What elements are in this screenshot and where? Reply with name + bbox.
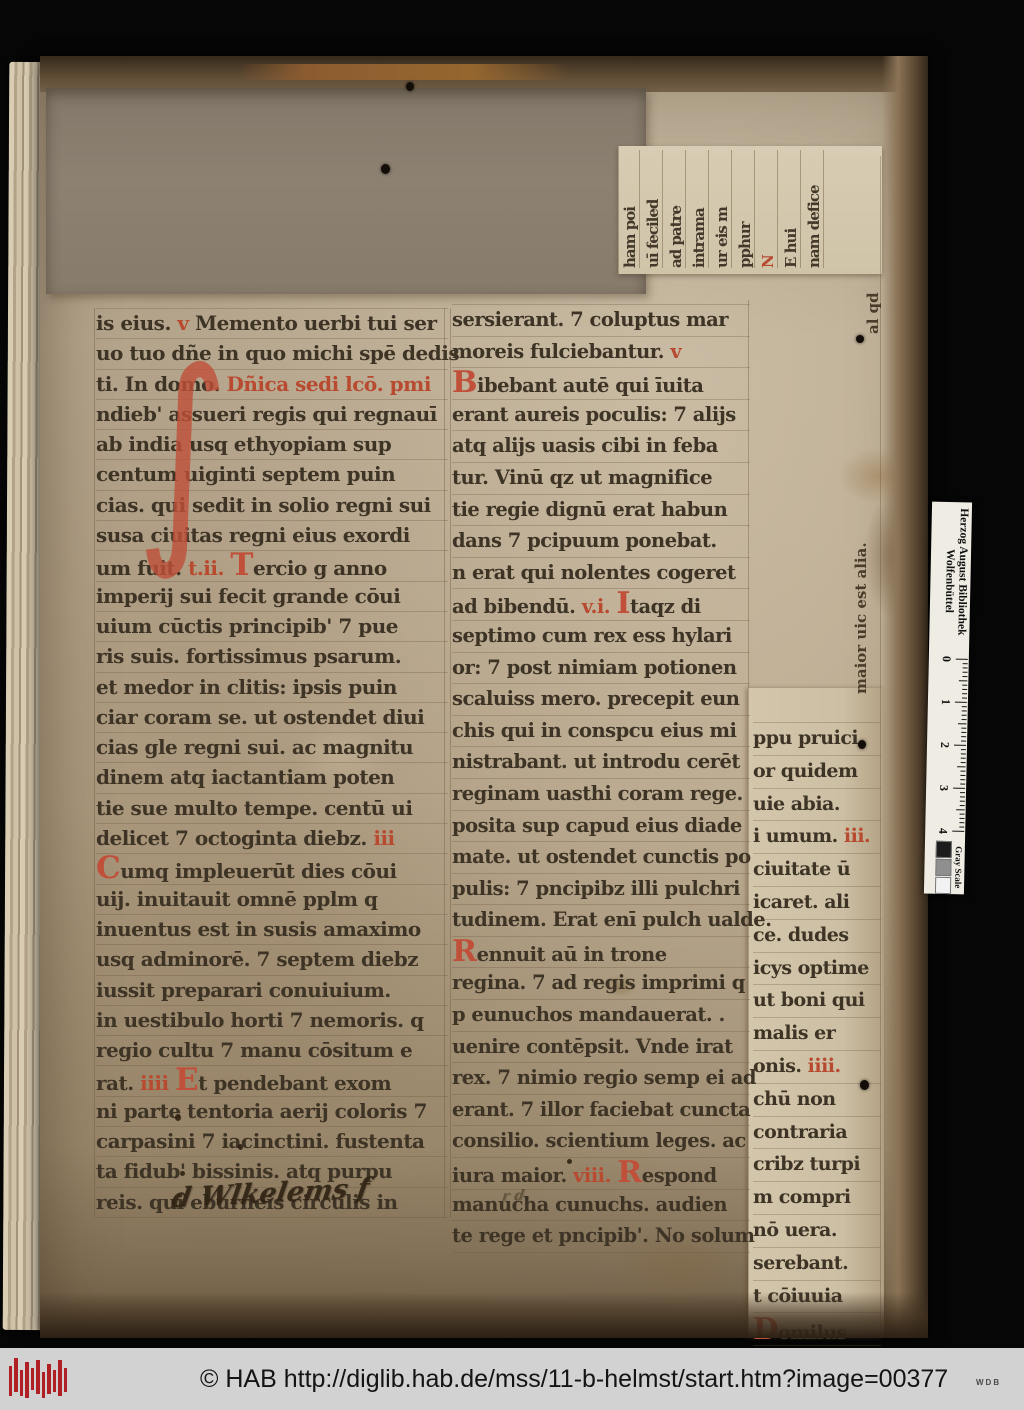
rubric-text: iii — [373, 826, 394, 850]
manuscript-text-line: rex. 7 nimio regio semp ei ad — [452, 1063, 750, 1095]
manuscript-text: septimo cum rex ess hylari — [452, 624, 732, 647]
manuscript-text: i umum. — [753, 825, 844, 847]
rubric-text: iii. — [844, 825, 870, 847]
manuscript-text-line: mate. ut ostendet cunctis po — [452, 842, 750, 874]
manuscript-text: cias gle regni sui. ac magnitu — [96, 735, 413, 759]
rotated-text-fragment: ur eis m — [713, 150, 732, 268]
ink-spot — [175, 1114, 181, 1121]
manuscript-text: p eunuchos mandauerat. . — [452, 1003, 725, 1026]
manuscript-text: umq impleuerūt dies cōui — [120, 859, 396, 883]
manuscript-text: te rege et pncipib'. No solum — [452, 1224, 755, 1247]
footer-bar: © HAB http://diglib.hab.de/mss/11-b-helm… — [0, 1348, 1024, 1410]
manuscript-text: or: 7 post nimiam potionen — [452, 656, 737, 679]
manuscript-text: Memento uerbi tui ser — [195, 311, 437, 335]
manuscript-text: chis qui in conspcu eius mi — [452, 719, 736, 742]
watermark-code: WDB — [976, 1378, 1001, 1387]
manuscript-text-line: tie sue multo tempe. centū ui — [96, 794, 448, 824]
rotated-text-fragment: ham poi — [621, 150, 640, 268]
manuscript-text-line: reginam uasthi coram rege. — [452, 779, 750, 811]
manuscript-text-line: icys optime — [753, 953, 881, 986]
ruler-number: 3 — [936, 785, 951, 791]
manuscript-text-line: contraria — [753, 1117, 881, 1150]
manuscript-text-line: iussit preparari conuiuium. — [96, 976, 448, 1006]
grayscale-squares — [935, 840, 952, 894]
rubric-text: I — [616, 586, 630, 621]
rubric-text: T — [230, 547, 253, 583]
manuscript-text: erant. 7 illor faciebat cuncta — [452, 1098, 750, 1121]
manuscript-text-line: te rege et pncipib'. No solum — [452, 1221, 750, 1253]
manuscript-text-line: Bibebant autē qui īuita — [452, 368, 750, 400]
manuscript-text: manucha cunuchs. audien — [452, 1193, 727, 1216]
manuscript-text-line: n erat qui nolentes cogeret — [452, 558, 750, 590]
rubric-text: R — [617, 1155, 642, 1190]
manuscript-text-line: septimo cum rex ess hylari — [452, 621, 750, 653]
rubric-text: B — [452, 365, 477, 400]
margin-vertical-text-top: al qd — [864, 274, 882, 334]
manuscript-text: inuentus est in susis amaximo — [96, 917, 421, 941]
manuscript-text: posita sup capud eius diade — [452, 814, 742, 837]
ink-spot — [567, 1159, 572, 1164]
manuscript-text: icys optime — [753, 957, 869, 979]
manuscript-text-line: or quidem — [753, 756, 881, 789]
ruler-number: 0 — [939, 656, 954, 662]
manuscript-text: nistrabant. ut introdu cerēt — [452, 750, 740, 773]
manuscript-text-line: atq alijs uasis cibi in feba — [452, 431, 750, 463]
manuscript-text-line: cias gle regni sui. ac magnitu — [96, 733, 448, 763]
rubric-text: iiii. — [808, 1055, 841, 1077]
rubric-text: iiii — [140, 1071, 175, 1095]
text-column-right: ppu pruicior quidemuie abia.i umum. iii.… — [753, 722, 881, 1346]
manuscript-text: in uestibulo horti 7 nemoris. q — [96, 1008, 424, 1032]
grayscale-square — [936, 840, 952, 857]
manuscript-text-line: manucha cunuchs. audien — [452, 1190, 750, 1222]
ruler-number: 1 — [938, 699, 953, 705]
manuscript-text: ad bibendū. — [452, 595, 582, 618]
manuscript-text: ercio g anno — [253, 556, 387, 580]
manuscript-text: consilio. scientium leges. ac — [452, 1129, 746, 1152]
manuscript-text-line: onis. iiii. — [753, 1051, 881, 1084]
manuscript-text-line: ciuitate ū — [753, 854, 881, 887]
manuscript-text-line: consilio. scientium leges. ac — [452, 1126, 750, 1158]
rubric-text: v.i. — [582, 595, 617, 618]
manuscript-text: m compri — [753, 1186, 851, 1208]
grayscale-square — [935, 858, 951, 875]
manuscript-text: regio cultu 7 manu cōsitum e — [96, 1038, 412, 1062]
manuscript-text: ennuit aū in trone — [477, 943, 667, 966]
manuscript-text-line: malis er — [753, 1018, 881, 1051]
manuscript-text-line: rat. iiii Et pendebant exom — [96, 1066, 448, 1096]
binding-right-edge — [882, 56, 928, 1338]
worm-hole — [860, 1080, 869, 1090]
manuscript-text: espond — [642, 1164, 717, 1187]
rotated-text-fragment: nam defice — [805, 150, 824, 268]
manuscript-text-line: ni parte tentoria aerij coloris 7 — [96, 1097, 448, 1127]
manuscript-text: usq adminorē. 7 septem diebz — [96, 947, 418, 971]
ink-spot — [238, 1144, 243, 1150]
rubric-text: E — [175, 1062, 198, 1098]
manuscript-text: t pendebant exom — [198, 1071, 391, 1095]
rotated-text-fragment: pphur — [736, 150, 755, 268]
manuscript-text-line: ce. dudes — [753, 920, 881, 953]
manuscript-text: tur. Vinū qz ut magnifice — [452, 466, 712, 489]
ruler-number: 2 — [937, 742, 952, 748]
manuscript-text-line: uenire contēpsit. Vnde irat — [452, 1032, 750, 1064]
manuscript-text-line: dans 7 pcipuum ponebat. — [452, 526, 750, 558]
manuscript-text-line: inuentus est in susis amaximo — [96, 915, 448, 945]
ruling-vertical-line — [94, 308, 95, 1218]
rubric-text: viii. — [573, 1164, 617, 1187]
manuscript-text-line: usq adminorē. 7 septem diebz — [96, 945, 448, 975]
manuscript-text-line: carpasini 7 iacinctini. fustenta — [96, 1127, 448, 1157]
manuscript-page: ham poiuī feciledad patreintramaur eis m… — [40, 56, 928, 1338]
manuscript-text: sersierant. 7 coluptus mar — [452, 308, 728, 331]
rotated-text-fragment: uī feciled — [644, 150, 663, 268]
manuscript-text: or quidem — [753, 760, 858, 782]
ruler-strip: Herzog August Bibliothek Wolfenbüttel 01… — [924, 502, 972, 895]
copyright-url: © HAB http://diglib.hab.de/mss/11-b-helm… — [200, 1348, 948, 1410]
manuscript-text: scaluiss mero. precepit eun — [452, 687, 739, 710]
ruler-number: 4 — [935, 828, 950, 834]
manuscript-text: reginam uasthi coram rege. — [452, 782, 743, 805]
manuscript-text-line: sersierant. 7 coluptus mar — [452, 305, 750, 337]
rotated-text-fragment: N — [759, 150, 778, 268]
manuscript-text-line: tie regie dignū erat habun — [452, 495, 750, 527]
manuscript-text-line: Rennuit aū in trone — [452, 937, 750, 969]
manuscript-text: carpasini 7 iacinctini. fustenta — [96, 1129, 425, 1153]
worm-hole — [381, 164, 390, 174]
manuscript-text: taqz di — [630, 595, 701, 618]
manuscript-text: pulis: 7 pncipibz illi pulchri — [452, 877, 740, 900]
binding-top-highlight — [240, 64, 570, 80]
manuscript-text-line: regio cultu 7 manu cōsitum e — [96, 1036, 448, 1066]
grayscale-label: Gray Scale — [953, 840, 964, 894]
rotated-text-fragment: intrama — [690, 150, 709, 268]
manuscript-text-line: nō uera. — [753, 1215, 881, 1248]
rotated-text-fragment: E hui — [782, 150, 801, 268]
manuscript-text-line: imperij sui fecit grande cōui — [96, 582, 448, 612]
worm-hole — [856, 335, 864, 343]
manuscript-text-line: uie abia. — [753, 789, 881, 822]
manuscript-text: ce. dudes — [753, 924, 849, 946]
manuscript-text: tie sue multo tempe. centū ui — [96, 796, 412, 820]
manuscript-text-line: m compri — [753, 1182, 881, 1215]
manuscript-text: iussit preparari conuiuium. — [96, 978, 391, 1002]
ruler-ticks: 01234 — [925, 654, 969, 841]
manuscript-text: iura maior. — [452, 1164, 573, 1187]
manuscript-text-line: iura maior. viii. Respond — [452, 1158, 750, 1190]
rubric-text: R — [452, 934, 477, 969]
manuscript-text: onis. — [753, 1055, 808, 1077]
digitized-manuscript-viewer: ham poiuī feciledad patreintramaur eis m… — [0, 0, 1024, 1410]
manuscript-text: uenire contēpsit. Vnde irat — [452, 1035, 733, 1058]
manuscript-text: dinem atq iactantiam poten — [96, 765, 394, 789]
ink-spot — [180, 1171, 185, 1176]
manuscript-text: tudinem. Erat enī pulch ualde. — [452, 908, 771, 931]
manuscript-text: cribz turpi — [753, 1153, 860, 1175]
manuscript-text: dans 7 pcipuum ponebat. — [452, 529, 717, 552]
manuscript-text-line: nistrabant. ut introdu cerēt — [452, 747, 750, 779]
manuscript-text-line: regina. 7 ad regis imprimi q — [452, 968, 750, 1000]
color-scale-ruler: Herzog August Bibliothek Wolfenbüttel 01… — [924, 502, 972, 895]
worm-hole — [406, 82, 414, 91]
manuscript-text: regina. 7 ad regis imprimi q — [452, 971, 745, 994]
grayscale-patch: Gray Scale — [924, 840, 965, 895]
manuscript-text-line: et medor in clitis: ipsis puin — [96, 673, 448, 703]
red-initial-I: ∫ — [136, 342, 230, 567]
manuscript-text: uij. inuitauit omnē pplm q — [96, 887, 378, 911]
manuscript-text: uium cūctis principib' 7 pue — [96, 614, 398, 638]
manuscript-text: mate. ut ostendet cunctis po — [452, 845, 751, 868]
ruling-vertical-line — [748, 300, 749, 1338]
manuscript-text-line: ris suis. fortissimus psarum. — [96, 642, 448, 672]
manuscript-text-line: chis qui in conspcu eius mi — [452, 716, 750, 748]
manuscript-text-line: ciar coram se. ut ostendet diui — [96, 703, 448, 733]
manuscript-text: icaret. ali — [753, 891, 849, 913]
manuscript-text: moreis fulciebantur. — [452, 340, 670, 363]
manuscript-text-line: ut boni qui — [753, 985, 881, 1018]
manuscript-text: malis er — [753, 1022, 835, 1044]
manuscript-text-line: cribz turpi — [753, 1149, 881, 1182]
manuscript-text: rex. 7 nimio regio semp ei ad — [452, 1066, 756, 1089]
manuscript-text: chū non — [753, 1088, 836, 1110]
manuscript-text-line: uium cūctis principib' 7 pue — [96, 612, 448, 642]
manuscript-text-line: i umum. iii. — [753, 821, 881, 854]
manuscript-text: ppu pruici — [753, 727, 858, 749]
manuscript-text: ciuitate ū — [753, 858, 850, 880]
manuscript-text: tie regie dignū erat habun — [452, 498, 727, 521]
manuscript-text-line: in uestibulo horti 7 nemoris. q — [96, 1006, 448, 1036]
rotated-text-fragment: ad patre — [667, 150, 686, 268]
cover-turn-in — [46, 88, 646, 294]
manuscript-text-line: ad bibendū. v.i. Itaqz di — [452, 589, 750, 621]
rubric-text: C — [96, 850, 120, 886]
manuscript-text-line: delicet 7 octoginta diebz. iii — [96, 824, 448, 854]
manuscript-text-line: or: 7 post nimiam potionen — [452, 653, 750, 685]
manuscript-text: et medor in clitis: ipsis puin — [96, 675, 397, 699]
rotated-fragment-strip: ham poiuī feciledad patreintramaur eis m… — [618, 146, 882, 274]
manuscript-text-line: moreis fulciebantur. v — [452, 337, 750, 369]
manuscript-text-line: uij. inuitauit omnē pplm q — [96, 885, 448, 915]
manuscript-text-line: pulis: 7 pncipibz illi pulchri — [452, 874, 750, 906]
manuscript-text-line: serebant. — [753, 1248, 881, 1281]
manuscript-text-line: tur. Vinū qz ut magnifice — [452, 463, 750, 495]
ruler-library-name: Herzog August Bibliothek Wolfenbüttel — [929, 502, 972, 655]
ruling-vertical-line — [450, 308, 451, 1218]
manuscript-text-line: p eunuchos mandauerat. . — [452, 1000, 750, 1032]
pen-trial-scribble-small: r d. — [501, 1187, 530, 1205]
binding-bottom-edge — [40, 1292, 928, 1338]
rubric-text: v — [670, 340, 681, 363]
manuscript-text-line: dinem atq iactantiam poten — [96, 763, 448, 793]
manuscript-text: uie abia. — [753, 793, 840, 815]
manuscript-text: ciar coram se. ut ostendet diui — [96, 705, 424, 729]
grayscale-square — [935, 876, 951, 893]
rubric-text: Dñica sedi lcō. pmi — [227, 372, 431, 396]
worm-hole — [858, 740, 866, 749]
hab-logo-icon — [8, 1354, 72, 1404]
manuscript-text: n erat qui nolentes cogeret — [452, 561, 736, 584]
margin-vertical-text: maior uic est alia. — [852, 444, 870, 694]
manuscript-text: rat. — [96, 1071, 140, 1095]
ruling-vertical-line — [444, 308, 445, 1218]
manuscript-text-line: erant. 7 illor faciebat cuncta — [452, 1095, 750, 1127]
manuscript-text: delicet 7 octoginta diebz. — [96, 826, 373, 850]
manuscript-text-line: tudinem. Erat enī pulch ualde. — [452, 905, 750, 937]
manuscript-text: imperij sui fecit grande cōui — [96, 584, 400, 608]
manuscript-text: erant aureis poculis: 7 alijs — [452, 403, 736, 426]
manuscript-text: ibebant autē qui īuita — [477, 374, 703, 397]
manuscript-text: contraria — [753, 1121, 847, 1143]
manuscript-text: ut boni qui — [753, 989, 865, 1011]
manuscript-text-line: Cumq impleuerūt dies cōui — [96, 854, 448, 884]
manuscript-text-line: posita sup capud eius diade — [452, 811, 750, 843]
manuscript-text-line: scaluiss mero. precepit eun — [452, 684, 750, 716]
manuscript-text: ris suis. fortissimus psarum. — [96, 644, 401, 668]
manuscript-text: atq alijs uasis cibi in feba — [452, 434, 718, 457]
manuscript-text: nō uera. — [753, 1219, 837, 1241]
text-column-middle: sersierant. 7 coluptus marmoreis fulcieb… — [452, 304, 750, 1253]
manuscript-text: ni parte tentoria aerij coloris 7 — [96, 1099, 427, 1123]
manuscript-text: serebant. — [753, 1252, 848, 1274]
ruler-library-name-line1: Herzog August Bibliothek — [954, 508, 970, 654]
manuscript-text-line: icaret. ali — [753, 887, 881, 920]
manuscript-text-line: erant aureis poculis: 7 alijs — [452, 400, 750, 432]
